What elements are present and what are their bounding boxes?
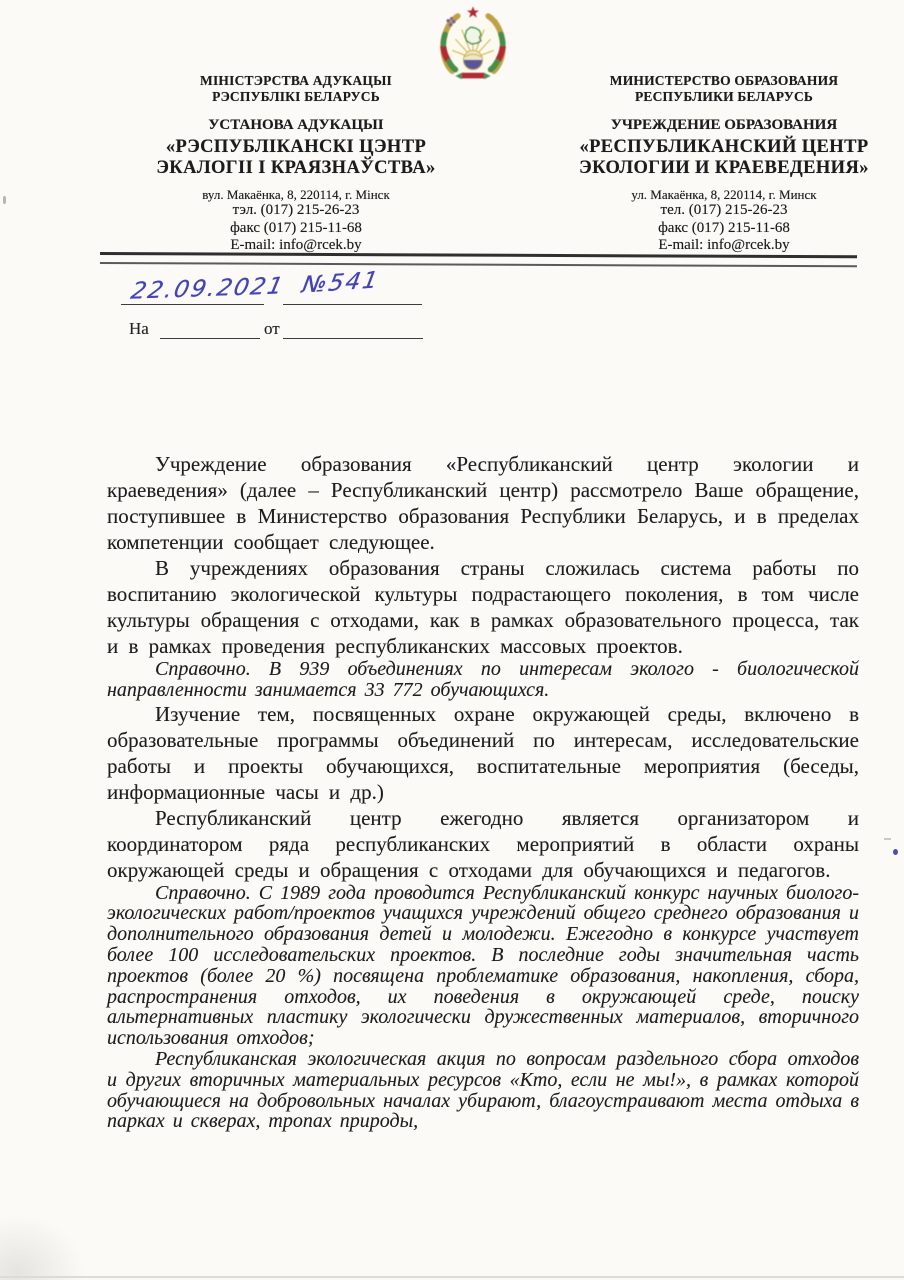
handwritten-date: 22.09.2021: [129, 273, 288, 304]
phone-by: тэл. (017) 215-26-23: [128, 202, 464, 220]
org-name-by-line1: «РЭСПУБЛІКАНСКІ ЦЭНТР: [128, 137, 464, 158]
fax-ru: факс (017) 215-11-68: [556, 220, 892, 238]
na-label: На: [129, 319, 149, 339]
scan-artifact-corner-smudge: [0, 1210, 90, 1280]
ministry-country-by: РЭСПУБЛІКІ БЕЛАРУСЬ: [128, 89, 464, 105]
phone-ru: тел. (017) 215-26-23: [556, 202, 892, 220]
scan-artifact-bottom-edge: [0, 1276, 904, 1278]
letter-body: Учреждение образования «Республиканский …: [107, 451, 859, 1132]
ot-blank-line: [283, 338, 423, 339]
date-underline: [121, 304, 264, 305]
org-name-by-line2: ЭКАЛОГІІ І КРАЯЗНАЎСТВА»: [128, 158, 464, 179]
address-by: вул. Макаёнка, 8, 220114, г. Мінск: [128, 187, 464, 202]
org-type-ru: УЧРЕЖДЕНИЕ ОБРАЗОВАНИЯ: [556, 117, 892, 134]
scan-artifact-right-dash: [884, 838, 891, 840]
coat-of-arms-icon: [433, 5, 513, 83]
scan-artifact-ink-dot: [893, 849, 898, 855]
scan-artifact-left-mark: [3, 196, 6, 204]
email-ru: E-mail: info@rcek.by: [556, 237, 892, 255]
ot-label: от: [264, 319, 280, 339]
ministry-name-ru: МИНИСТЕРСТВО ОБРАЗОВАНИЯ: [556, 73, 892, 89]
body-paragraph-6-reference: Справочно. С 1989 года проводится Респуб…: [107, 883, 859, 1049]
letterhead-russian-column: МИНИСТЕРСТВО ОБРАЗОВАНИЯ РЕСПУБЛИКИ БЕЛА…: [556, 73, 892, 255]
body-paragraph-1: Учреждение образования «Республиканский …: [107, 451, 859, 555]
ministry-name-by: МІНІСТЭРСТВА АДУКАЦЫІ: [128, 73, 464, 89]
na-blank-line: [160, 338, 260, 339]
letterhead-belarusian-column: МІНІСТЭРСТВА АДУКАЦЫІ РЭСПУБЛІКІ БЕЛАРУС…: [128, 73, 464, 255]
letterhead-divider: [100, 252, 857, 267]
body-paragraph-4: Изучение тем, посвященных охране окружаю…: [107, 701, 859, 805]
body-paragraph-3-reference: Справочно. В 939 объединениях по интерес…: [107, 659, 859, 701]
belarus-coat-of-arms-emblem: [433, 5, 513, 83]
body-paragraph-5: Республиканский центр ежегодно является …: [107, 805, 859, 883]
org-name-ru-line2: ЭКОЛОГИИ И КРАЕВЕДЕНИЯ»: [556, 158, 892, 179]
scanned-letter-page: МІНІСТЭРСТВА АДУКАЦЫІ РЭСПУБЛІКІ БЕЛАРУС…: [0, 0, 904, 1280]
ministry-country-ru: РЕСПУБЛИКИ БЕЛАРУСЬ: [556, 89, 892, 105]
org-name-ru-line1: «РЕСПУБЛИКАНСКИЙ ЦЕНТР: [556, 137, 892, 158]
number-underline: [283, 304, 422, 305]
body-paragraph-7-reference: Республиканская экологическая акция по в…: [107, 1049, 859, 1132]
fax-by: факс (017) 215-11-68: [128, 220, 464, 238]
handwritten-outgoing-number: №541: [300, 267, 382, 298]
address-ru: ул. Макаёнка, 8, 220114, г. Минск: [556, 187, 892, 202]
org-type-by: УСТАНОВА АДУКАЦЫІ: [128, 117, 464, 134]
body-paragraph-2: В учреждениях образования страны сложила…: [107, 555, 859, 659]
